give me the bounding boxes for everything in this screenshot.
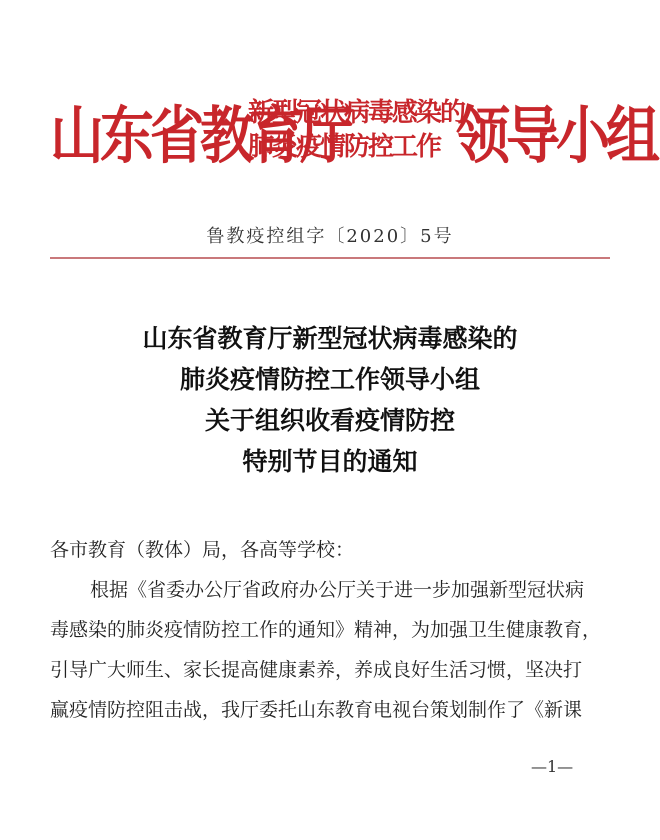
document-number: 鲁教疫控组字〔2020〕5号 (0, 222, 660, 248)
body-line: 毒感染的肺炎疫情防控工作的通知》精神，为加强卫生健康教育， (50, 610, 610, 650)
header-middle-line1: 新型冠状病毒感染的 (248, 96, 464, 130)
document-header: 山东省教育厅 新型冠状病毒感染的 肺炎疫情防控工作 领导小组 (40, 96, 620, 168)
body-line: 根据《省委办公厅省政府办公厅关于进一步加强新型冠状病 (50, 570, 610, 610)
header-middle: 新型冠状病毒感染的 肺炎疫情防控工作 (248, 96, 464, 164)
body-line: 引导广大师生、家长提高健康素养，养成良好生活习惯，坚决打 (50, 650, 610, 690)
document-title: 山东省教育厅新型冠状病毒感染的 肺炎疫情防控工作领导小组 关于组织收看疫情防控 … (0, 318, 660, 482)
red-divider (50, 257, 610, 259)
header-middle-line2: 肺炎疫情防控工作 (248, 130, 464, 164)
document-body: 各市教育（教体）局，各高等学校： 根据《省委办公厅省政府办公厅关于进一步加强新型… (50, 530, 610, 730)
title-line: 肺炎疫情防控工作领导小组 (0, 359, 660, 400)
title-line: 关于组织收看疫情防控 (0, 400, 660, 441)
body-line: 赢疫情防控阻击战，我厅委托山东教育电视台策划制作了《新课 (50, 690, 610, 730)
title-line: 特别节目的通知 (0, 441, 660, 482)
header-group: 领导小组 (456, 102, 656, 171)
salutation: 各市教育（教体）局，各高等学校： (50, 530, 610, 570)
page-number: —1— (531, 757, 573, 776)
title-line: 山东省教育厅新型冠状病毒感染的 (0, 318, 660, 359)
